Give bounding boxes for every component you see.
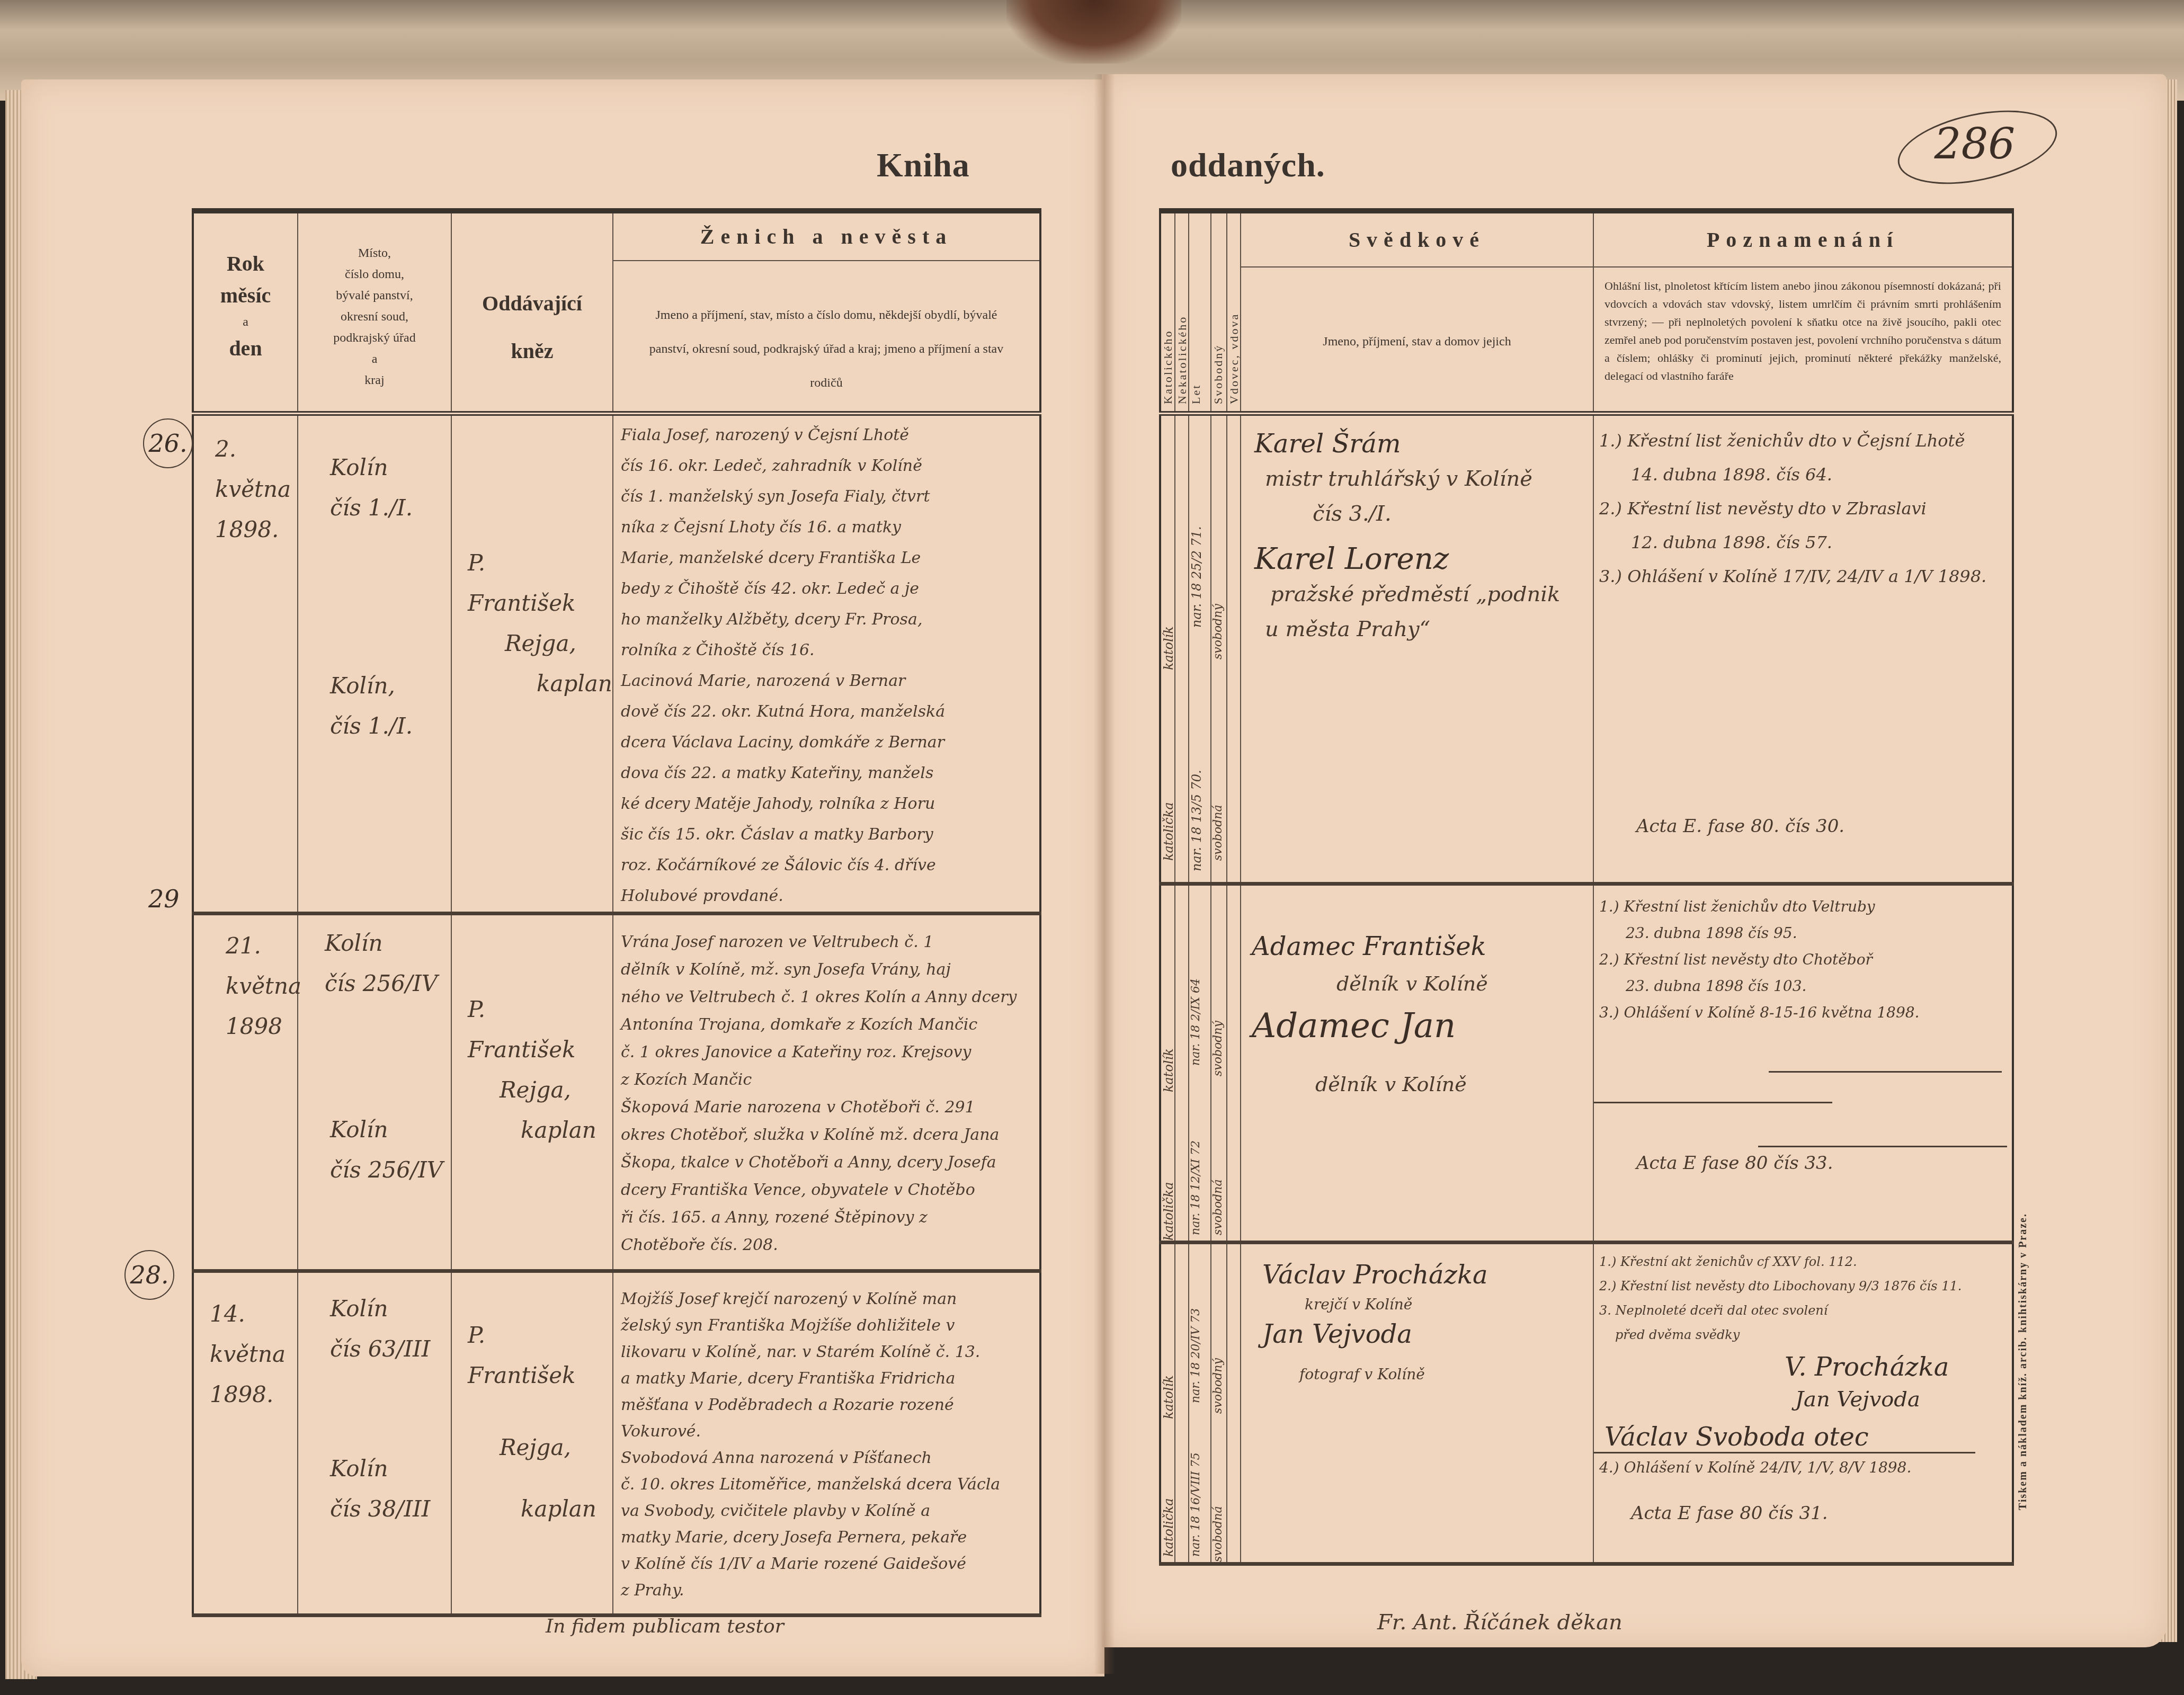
couple-line: Vrána Josef narozen ve Veltrubech č. 1 — [621, 929, 1039, 956]
bride-religion: katolička — [1161, 1103, 1176, 1241]
witness-address: čís 3./I. — [1254, 496, 1593, 531]
couple-line: Marie, manželské dcery Františka Le — [621, 543, 1039, 574]
header-witnesses-title: Svědkové — [1241, 213, 1593, 267]
header-priest-line: Oddávající — [452, 288, 612, 319]
couple-line: v Kolíně čís 1/IV a Marie rozené Gaidešo… — [621, 1551, 1039, 1577]
couple-line: matky Marie, dcery Josefa Pernera, pekař… — [621, 1524, 1039, 1551]
header-date-mesic: měsíc — [194, 280, 297, 311]
header-witnesses-desc: Jmeno, příjmení, stav a domov jejich — [1241, 267, 1593, 352]
left-entry-row: 21. května 1898 Kolín čís 256/IV Kolín č… — [193, 913, 1040, 1271]
notes-text: 1.) Křestní list ženichův dto Veltruby 2… — [1594, 886, 2012, 1026]
witnesses-text: Adamec František dělník v Kolíně Adamec … — [1241, 886, 1593, 1103]
bride-house: čís 1./I. — [330, 706, 451, 746]
header-notes: Poznamenání Ohlášní list, plnoletost křt… — [1593, 211, 2013, 413]
witnesses-cell: Karel Šrám mistr truhlářský v Kolíně čís… — [1241, 413, 1593, 884]
bride-religion: katolička — [1161, 702, 1176, 861]
header-noncatholic-label: Nekatolického — [1175, 213, 1189, 404]
header-priest-line: kněz — [452, 335, 612, 367]
couple-line: níka z Čejsní Lhoty čís 16. a matky — [621, 512, 1039, 543]
acta-reference: Acta E fase 80 čís 31. — [1594, 1476, 2012, 1524]
header-notes-desc: Ohlášní list, plnoletost křtícím listem … — [1594, 267, 2012, 385]
groom-house: čís 1./I. — [330, 488, 451, 528]
witness-signature: Václav Procházka — [1262, 1260, 1593, 1290]
entry-priest-cell: P. František Rejga, kaplan — [451, 1271, 613, 1615]
priest-role: kaplan — [468, 1489, 612, 1529]
groom-status: svobodný — [1211, 928, 1225, 1076]
couple-line: čís 1. manželský syn Josefa Fialy, čtvrt — [621, 481, 1039, 512]
left-entry-row: 2. května 1898. Kolín čís 1./I. Kolín, č… — [193, 413, 1040, 913]
witness-signature: Jan Vejvoda — [1262, 1319, 1593, 1349]
couple-line: z Prahy. — [621, 1577, 1039, 1604]
noncatholic-cell — [1175, 884, 1189, 1242]
bride-place: Kolín — [330, 1110, 451, 1150]
couple-line: Svobodová Anna narozená v Píšťanech — [621, 1445, 1039, 1471]
left-register-table: Rok měsíc a den Místo, číslo domu, býval… — [192, 208, 1041, 1617]
bride-house: čís 256/IV — [330, 1150, 451, 1190]
witness-occupation: krejčí v Kolíně — [1262, 1290, 1593, 1319]
note-signature: Jan Vejvoda — [1594, 1382, 2012, 1412]
entry-place-cell: Kolín čís 63/III Kolín čís 38/III — [298, 1271, 451, 1615]
bride-status: svobodná — [1211, 1098, 1225, 1235]
notes-rule — [1758, 1146, 2007, 1147]
single-cell: svobodný svobodná — [1211, 413, 1227, 884]
groom-house: čís 256/IV — [325, 964, 451, 1004]
groom-religion: katolík — [1161, 1281, 1176, 1419]
right-entry-row: katolík katolička nar. 18 25/2 71. nar. … — [1160, 413, 2013, 884]
couple-line: ného ve Veltrubech č. 1 okres Kolín a An… — [621, 984, 1039, 1011]
witness-signature: Karel Lorenz — [1254, 542, 1593, 577]
couple-line: dcery Františka Vence, obyvatele v Chotě… — [621, 1176, 1039, 1204]
entry-year: 1898. — [215, 510, 297, 550]
groom-house: čís 63/III — [330, 1329, 451, 1369]
right-header-row: Katolického Nekatolického Let Svobodný V… — [1160, 211, 2013, 413]
bride-place: Kolín, — [330, 666, 451, 706]
notes-text: 1.) Křestní akt ženichův cf XXV fol. 112… — [1594, 1244, 2012, 1347]
witness-occupation: mistr truhlářský v Kolíně — [1254, 461, 1593, 496]
noncatholic-cell — [1175, 413, 1189, 884]
header-place-line: a — [298, 349, 451, 370]
bride-house: čís 38/III — [330, 1489, 451, 1529]
noncatholic-cell — [1175, 1242, 1189, 1564]
priest-surname: Rejga, — [468, 1428, 612, 1468]
entry-number: 28. — [124, 1250, 174, 1300]
witnesses-cell: Adamec František dělník v Kolíně Adamec … — [1241, 884, 1593, 1242]
couple-line: Fiala Josef, narozený v Čejsní Lhotě — [621, 420, 1039, 451]
entry-couple-cell: Vrána Josef narozen ve Veltrubech č. 1 d… — [613, 913, 1040, 1271]
notes-cell: 1.) Křestní list ženichův dto v Čejsní L… — [1593, 413, 2013, 884]
entry-year: 1898. — [210, 1375, 297, 1415]
priest-surname: Rejga, — [468, 1070, 612, 1110]
bride-birth: nar. 18 16/VIII 75 — [1189, 1408, 1202, 1557]
note-signature: Václav Svoboda otec — [1594, 1412, 1975, 1453]
header-catholic-label: Katolického — [1161, 213, 1175, 404]
entry-place-cell: Kolín čís 256/IV Kolín čís 256/IV — [298, 913, 451, 1271]
entry-month: května — [215, 469, 297, 510]
couple-line: rolníka z Čihoště čís 16. — [621, 635, 1039, 666]
couple-text: Mojžíš Josef krejčí narozený v Kolíně ma… — [613, 1273, 1039, 1604]
couple-line: a matky Marie, dcery Františka Fridricha — [621, 1366, 1039, 1392]
header-notes-title: Poznamenání — [1594, 213, 2012, 267]
header-widowed: Vdovec, vdova — [1227, 211, 1241, 413]
header-date-den: den — [194, 333, 297, 364]
header-single: Svobodný — [1211, 211, 1227, 413]
note-line: 1.) Křestní list ženichův dto Veltruby — [1599, 894, 2012, 920]
header-date-a: a — [194, 311, 297, 333]
title-right: oddaných. — [1171, 146, 1325, 185]
note-line: 4.) Ohlášení v Kolíně 24/IV, 1/V, 8/V 18… — [1594, 1453, 2012, 1476]
notes-text: 1.) Křestní list ženichův dto v Čejsní L… — [1594, 416, 2012, 593]
couple-line: čís 16. okr. Ledeč, zahradník v Kolíně — [621, 451, 1039, 481]
left-entry-row: 14. května 1898. Kolín čís 63/III Kolín … — [193, 1271, 1040, 1615]
note-line: 23. dubna 1898 čís 103. — [1599, 973, 2012, 1000]
entry-priest-cell: P. František Rejga, kaplan — [451, 913, 613, 1271]
groom-religion: katolík — [1161, 933, 1176, 1092]
notes-cell: 1.) Křestní akt ženichův cf XXV fol. 112… — [1593, 1242, 2013, 1564]
left-header-row: Rok měsíc a den Místo, číslo domu, býval… — [193, 211, 1040, 413]
header-noncatholic: Nekatolického — [1175, 211, 1189, 413]
header-place-line: okresní soud, — [298, 306, 451, 327]
footer-attestation: In fidem publicam testor — [546, 1616, 784, 1637]
couple-line: želský syn Františka Mojžíše dohližitele… — [621, 1313, 1039, 1339]
bride-religion: katolička — [1161, 1430, 1176, 1557]
couple-line: z Kozích Mančic — [621, 1066, 1039, 1094]
bride-status: svobodná — [1211, 1435, 1225, 1562]
note-line: 23. dubna 1898 čís 95. — [1599, 920, 2012, 947]
couple-line: Chotěboře čís. 208. — [621, 1232, 1039, 1259]
witness-address: u města Prahy“ — [1254, 612, 1593, 647]
religion-cell: katolík katolička — [1160, 1242, 1175, 1564]
header-age-label: Let — [1189, 213, 1203, 404]
title-left: Kniha — [877, 146, 970, 185]
priest-title: P. — [468, 1315, 612, 1355]
right-entry-row: katolík katolička nar. 18 2/IX 64 nar. 1… — [1160, 884, 2013, 1242]
note-line: 2.) Křestní list nevěsty dto Chotěboř — [1599, 947, 2012, 973]
priest-first-name: František — [468, 1030, 612, 1070]
header-place-line: bývalé panství, — [298, 285, 451, 306]
groom-place: Kolín — [325, 923, 451, 964]
note-line: 12. dubna 1898. čís 57. — [1599, 525, 2012, 559]
witness-signature: Adamec František — [1252, 928, 1593, 965]
note-line: 1.) Křestní akt ženichův cf XXV fol. 112… — [1599, 1250, 2012, 1274]
couple-line: Antonína Trojana, domkaře z Kozích Manči… — [621, 1011, 1039, 1039]
entry-month: května — [210, 1334, 297, 1375]
couple-line: bedy z Čihoště čís 42. okr. Ledeč a je — [621, 574, 1039, 604]
header-place-line: kraj — [298, 370, 451, 391]
groom-birth: nar. 18 20/IV 73 — [1189, 1244, 1202, 1403]
single-cell: svobodný svobodná — [1211, 884, 1227, 1242]
witnesses-text: Karel Šrám mistr truhlářský v Kolíně čís… — [1241, 416, 1593, 647]
widowed-cell — [1227, 884, 1241, 1242]
witness-occupation: dělník v Kolíně — [1252, 1066, 1593, 1103]
religion-cell: katolík katolička — [1160, 884, 1175, 1242]
couple-line: č. 1 okres Janovice a Kateřiny roz. Krej… — [621, 1039, 1039, 1066]
header-date-rok: Rok — [194, 248, 297, 280]
couple-line: dcera Václava Laciny, domkáře z Bernar — [621, 727, 1039, 758]
groom-place: Kolín — [330, 1289, 451, 1329]
widowed-cell — [1227, 1242, 1241, 1564]
couple-line: ři čís. 165. a Anny, rozené Štěpinovy z — [621, 1204, 1039, 1232]
priest-surname: Rejga, — [468, 623, 612, 664]
age-cell: nar. 18 20/IV 73 nar. 18 16/VIII 75 — [1189, 1242, 1211, 1564]
note-line: 2.) Křestní list nevěsty dto v Zbraslavi — [1599, 492, 2012, 525]
entry-date-cell: 14. května 1898. — [193, 1271, 298, 1615]
header-couple-title: Ženich a nevěsta — [613, 213, 1039, 261]
couple-line: měšťana v Poděbradech a Rozarie rozené — [621, 1392, 1039, 1419]
footer-signature: Fr. Ant. Říčánek děkan — [1377, 1610, 1623, 1635]
couple-line: šic čís 15. okr. Čáslav a matky Barbory — [621, 819, 1039, 850]
note-signature: V. Procházka — [1594, 1347, 2012, 1382]
header-age: Let — [1189, 211, 1211, 413]
bride-place: Kolín — [330, 1449, 451, 1489]
entry-number: 29 — [148, 885, 180, 913]
printer-imprint: Tiskem a nákladem kníž. arcib. knihtiská… — [2017, 1213, 2029, 1510]
couple-line: Škopová Marie narozena v Chotěboři č. 29… — [621, 1094, 1039, 1121]
groom-place: Kolín — [330, 448, 451, 488]
note-line: 3.) Ohlášení v Kolíně 8-15-16 května 189… — [1599, 1000, 2012, 1026]
entry-date-cell: 21. května 1898 — [193, 913, 298, 1271]
religion-cell: katolík katolička — [1160, 413, 1175, 884]
priest-title: P. — [468, 543, 612, 583]
witnesses-text: Václav Procházka krejčí v Kolíně Jan Vej… — [1241, 1244, 1593, 1389]
header-couple-desc: Jmeno a příjmení, stav, místo a číslo do… — [613, 261, 1039, 400]
entry-month: května — [226, 966, 297, 1006]
entry-day: 21. — [226, 926, 297, 966]
couple-line: Holubové provdané. — [621, 881, 1039, 912]
couple-line: Lacinová Marie, narozená v Bernar — [621, 666, 1039, 697]
notes-rule — [1594, 1102, 1832, 1103]
couple-line: okres Chotěboř, služka v Kolíně mž. dcer… — [621, 1121, 1039, 1149]
priest-first-name: František — [468, 583, 612, 623]
couple-line: Vokurové. — [621, 1419, 1039, 1445]
header-place: Místo, číslo domu, bývalé panství, okres… — [298, 211, 451, 413]
couple-line: roz. Kočárníkové ze Šálovic čís 4. dříve — [621, 850, 1039, 881]
entry-date-cell: 2. května 1898. — [193, 413, 298, 913]
priest-title: P. — [468, 989, 612, 1030]
notes-cell: 1.) Křestní list ženichův dto Veltruby 2… — [1593, 884, 2013, 1242]
entry-place-cell: Kolín čís 1./I. Kolín, čís 1./I. — [298, 413, 451, 913]
bride-birth: nar. 18 13/5 70. — [1189, 649, 1204, 871]
priest-role: kaplan — [468, 1110, 612, 1150]
witness-occupation: pražské předměstí „podnik — [1254, 577, 1593, 612]
note-line: 2.) Křestní list nevěsty dto Libochovany… — [1599, 1274, 2012, 1298]
right-entry-row: katolík katolička nar. 18 20/IV 73 nar. … — [1160, 1242, 2013, 1564]
header-priest: Oddávající kněz — [451, 211, 613, 413]
page-number: 286 — [1935, 119, 2016, 168]
header-place-line: číslo domu, — [298, 264, 451, 285]
header-date: Rok měsíc a den — [193, 211, 298, 413]
couple-line: likovaru v Kolíně, nar. v Starém Kolíně … — [621, 1339, 1039, 1366]
couple-line: ké dcery Matěje Jahody, rolníka z Horu — [621, 789, 1039, 819]
couple-line: Mojžíš Josef krejčí narozený v Kolíně ma… — [621, 1286, 1039, 1313]
couple-text: Fiala Josef, narozený v Čejsní Lhotě čís… — [613, 416, 1039, 912]
entry-day: 2. — [215, 429, 297, 469]
couple-line: Škopa, tkalce v Chotěboři a Anny, dcery … — [621, 1149, 1039, 1176]
couple-line: ho manželky Alžběty, dcery Fr. Prosa, — [621, 604, 1039, 635]
entry-couple-cell: Mojžíš Josef krejčí narozený v Kolíně ma… — [613, 1271, 1040, 1615]
header-widowed-label: Vdovec, vdova — [1227, 213, 1241, 404]
entry-day: 14. — [210, 1294, 297, 1334]
note-line: 14. dubna 1898. čís 64. — [1599, 458, 2012, 492]
groom-status: svobodný — [1211, 1281, 1225, 1414]
notes-rule — [1769, 1071, 2002, 1073]
book-gutter — [1094, 74, 1115, 1674]
widowed-cell — [1227, 413, 1241, 884]
note-line: 3.) Ohlášení v Kolíně 17/IV, 24/IV a 1/V… — [1599, 559, 2012, 593]
entry-number: 26. — [143, 418, 193, 468]
note-line: 3. Neplnoleté dceři dal otec svolení — [1599, 1298, 2012, 1323]
groom-birth: nar. 18 2/IX 64 — [1189, 886, 1202, 1066]
couple-text: Vrána Josef narozen ve Veltrubech č. 1 d… — [613, 915, 1039, 1259]
acta-reference: Acta E. fase 80. čís 30. — [1594, 593, 2012, 837]
couple-line: dově čís 22. okr. Kutná Hora, manželská — [621, 697, 1039, 727]
age-cell: nar. 18 2/IX 64 nar. 18 12/XI 72 — [1189, 884, 1211, 1242]
header-couple: Ženich a nevěsta Jmeno a příjmení, stav,… — [613, 211, 1040, 413]
header-catholic: Katolického — [1160, 211, 1175, 413]
single-cell: svobodný svobodná — [1211, 1242, 1227, 1564]
bride-birth: nar. 18 12/XI 72 — [1189, 1076, 1202, 1235]
witness-occupation: fotograf v Kolíně — [1262, 1360, 1593, 1389]
groom-religion: katolík — [1161, 448, 1176, 670]
header-single-label: Svobodný — [1211, 213, 1225, 404]
right-register-table: Katolického Nekatolického Let Svobodný V… — [1159, 208, 2014, 1566]
witness-signature: Karel Šrám — [1254, 426, 1593, 461]
witnesses-cell: Václav Procházka krejčí v Kolíně Jan Vej… — [1241, 1242, 1593, 1564]
priest-first-name: František — [468, 1355, 612, 1396]
couple-line: dělník v Kolíně, mž. syn Josefa Vrány, h… — [621, 956, 1039, 984]
entry-couple-cell: Fiala Josef, narozený v Čejsní Lhotě čís… — [613, 413, 1040, 913]
book-spine — [1006, 0, 1181, 64]
bride-status: svobodná — [1211, 691, 1225, 861]
couple-line: dova čís 22. a matky Kateřiny, manžels — [621, 758, 1039, 789]
priest-role: kaplan — [468, 664, 612, 704]
header-place-line: Místo, — [298, 243, 451, 264]
entry-year: 1898 — [226, 1006, 297, 1047]
entry-priest-cell: P. František Rejga, kaplan — [451, 413, 613, 913]
couple-line: č. 10. okres Litoměřice, manželská dcera… — [621, 1471, 1039, 1498]
groom-status: svobodný — [1211, 448, 1225, 659]
groom-birth: nar. 18 25/2 71. — [1189, 416, 1204, 628]
note-line: před dvěma svědky — [1599, 1323, 2012, 1347]
age-cell: nar. 18 25/2 71. nar. 18 13/5 70. — [1189, 413, 1211, 884]
witness-signature: Adamec Jan — [1252, 1007, 1593, 1045]
header-witnesses: Svědkové Jmeno, příjmení, stav a domov j… — [1241, 211, 1593, 413]
header-place-line: podkrajský úřad — [298, 327, 451, 349]
note-line: 1.) Křestní list ženichův dto v Čejsní L… — [1599, 424, 2012, 458]
couple-line: va Svobody, cvičitele plavby v Kolíně a — [621, 1498, 1039, 1524]
witness-occupation: dělník v Kolíně — [1252, 965, 1593, 1002]
